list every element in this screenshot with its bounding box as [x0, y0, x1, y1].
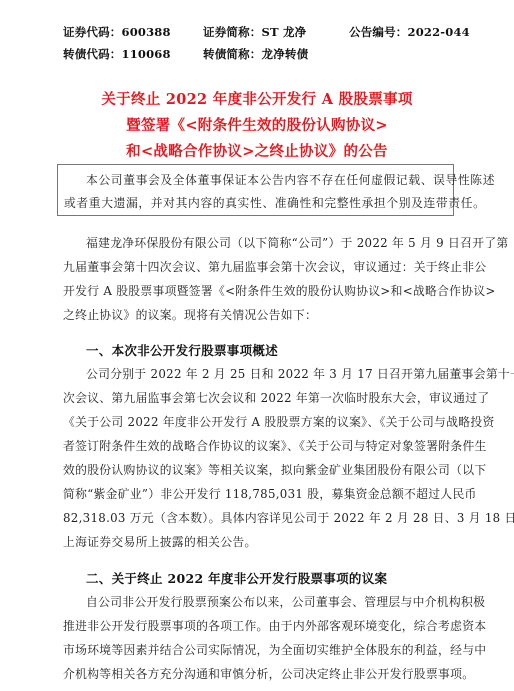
section-1-line-4: 者签订附条件生效的战略合作协议的议案》、《关于公司与特定对象签署附条件生 [63, 437, 487, 454]
section-1-line-8: 上海证券交易所上披露的相关公告。 [63, 533, 257, 550]
disclaimer-box: 本公司董事会及全体董事保证本公告内容不存在任何虚假记载、误导性陈述 或者重大遗漏… [57, 164, 454, 216]
section-1-line-5: 效的股份认购协议的议案》等相关议案，拟向紫金矿业集团股份有限公司（以下 [63, 461, 486, 478]
section-2-line-3: 市场环境等因素并结合公司实际情况，为全面切实维护全体股东的利益，经与中 [63, 641, 486, 658]
section-2-line-2: 推进非公开发行股票事项的各项工作。由于内外部客观环境变化，综合考虑资本 [63, 617, 486, 634]
section-2-heading: 二、关于终止 2022 年度非公开发行股票事项的议案 [86, 569, 387, 587]
intro-line-1: 福建龙净环保股份有限公司（以下简称“公司”）于 2022 年 5 月 9 日召开… [86, 234, 509, 251]
intro-line-3: 开发行 A 股股票事项暨签署《<附条件生效的股份认购协议>和<战略合作协议> [63, 282, 496, 299]
securities-name-value: ST 龙净 [262, 25, 307, 39]
bond-code-label: 转债代码： [63, 47, 122, 61]
announcement-page: 证券代码：600388 证券简称：ST 龙净 公告编号：2022-044 转债代… [0, 0, 514, 691]
title-line-2: 暨签署《<附条件生效的股份认购协议> [0, 114, 514, 135]
section-1-line-7: 82,318.03 万元（含本数）。具体内容详见公司于 2022 年 2 月 2… [63, 509, 514, 526]
section-1-line-1: 公司分别于 2022 年 2 月 25 日和 2022 年 3 月 17 日召开… [86, 365, 514, 382]
bond-name: 转债简称：龙净转债 [203, 46, 308, 62]
announcement-number-value: 2022-044 [408, 25, 470, 39]
bond-code: 转债代码：110068 [63, 46, 171, 62]
disclaimer-line-1: 本公司董事会及全体董事保证本公告内容不存在任何虚假记载、误导性陈述 [86, 171, 495, 188]
announcement-number-label: 公告编号： [349, 25, 408, 39]
intro-line-4: 之终止协议》的议案。现将有关情况公告如下： [63, 306, 317, 323]
securities-code-label: 证券代码： [63, 25, 122, 39]
section-2-line-1: 自公司非公开发行股票预案公布以来，公司董事会、管理层与中介机构积极 [86, 593, 485, 610]
section-1-line-6: 简称“紫金矿业”）非公开发行 118,785,031 股，募集资金总额不超过人民… [63, 485, 477, 502]
bond-name-label: 转债简称： [203, 47, 262, 61]
bond-name-value: 龙净转债 [262, 47, 309, 61]
disclaimer-line-2: 或者重大遗漏，并对其内容的真实性、准确性和完整性承担个别及连带责任。 [64, 194, 486, 211]
securities-name: 证券简称：ST 龙净 [203, 24, 306, 40]
section-2-line-4: 介机构等相关各方充分沟通和审慎分析，公司决定终止非公开发行股票事项。 [63, 665, 474, 682]
title-line-1: 关于终止 2022 年度非公开发行 A 股股票事项 [0, 88, 514, 109]
securities-code-value: 600388 [122, 25, 171, 39]
announcement-number: 公告编号：2022-044 [349, 24, 470, 40]
securities-name-label: 证券简称： [203, 25, 262, 39]
title-line-3: 和<战略合作协议>之终止协议》的公告 [0, 140, 514, 161]
securities-code: 证券代码：600388 [63, 24, 171, 40]
bond-code-value: 110068 [122, 47, 171, 61]
intro-line-2: 九届董事会第十四次会议、第九届监事会第十次会议，审议通过：关于终止非公 [63, 258, 486, 275]
section-1-heading: 一、本次非公开发行股票事项概述 [86, 341, 278, 359]
section-1-line-2: 次会议、第九届监事会第七次会议和 2022 年第一次临时股东大会，审议通过了 [63, 389, 489, 406]
section-1-line-3: 《关于公司 2022 年度非公开发行 A 股股票方案的议案》、《关于公司与战略投… [63, 413, 495, 430]
